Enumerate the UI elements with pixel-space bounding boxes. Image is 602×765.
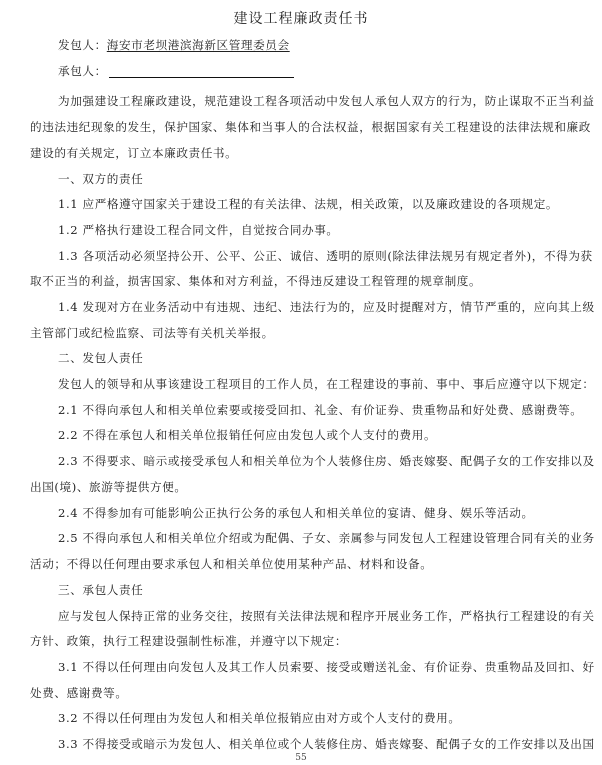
paragraph-line: 为加强建设工程廉政建设，规范建设工程各项活动中发包人承包人双方的行为，防止谋取不…	[58, 93, 577, 109]
paragraph-line: 2.5 不得向承包人和相关单位介绍或为配偶、子女、亲属参与同发包人工程建设管理合…	[58, 530, 577, 546]
paragraph-line: 出国(境)、旅游等提供方便。	[30, 479, 577, 495]
paragraph-line: 方针、政策，执行工程建设强制性标准，并遵守以下规定：	[30, 633, 577, 649]
paragraph-line: 的违法违纪现象的发生，保护国家、集体和当事人的合法权益，根据国家有关工程建设的法…	[30, 119, 577, 135]
contractor-label: 承包人：	[58, 64, 107, 78]
paragraph-line: 发包人的领导和从事该建设工程项目的工作人员，在工程建设的事前、事中、事后应遵守以…	[58, 376, 577, 392]
paragraph-line: 应与发包人保持正常的业务交往，按照有关法律法规和程序开展业务工作，严格执行工程建…	[58, 608, 577, 624]
paragraph-line: 建设的有关规定，订立本廉政责任书。	[30, 145, 577, 161]
contractor-blank-field	[109, 65, 294, 78]
paragraph-line: 主管部门或纪检监察、司法等有关机关举报。	[30, 325, 577, 341]
employer-value: 海安市老坝港滨海新区管理委员会	[107, 38, 290, 52]
paragraph-line: 1.1 应严格遵守国家关于建设工程的有关法律、法规，相关政策，以及廉政建设的各项…	[58, 196, 577, 212]
paragraph-line: 3.1 不得以任何理由向发包人及其工作人员索要、接受或赠送礼金、有价证券、贵重物…	[58, 659, 577, 675]
contractor-row: 承包人：	[58, 63, 577, 79]
employer-row: 发包人：海安市老坝港滨海新区管理委员会	[58, 37, 577, 53]
paragraph-line: 活动；不得以任何理由要求承包人和相关单位使用某种产品、材料和设备。	[30, 556, 577, 572]
paragraph-line: 取不正当的利益，损害国家、集体和对方利益，不得违反建设工程管理的规章制度。	[30, 273, 577, 289]
paragraph-line: 2.1 不得向承包人和相关单位索要或接受回扣、礼金、有价证券、贵重物品和好处费、…	[58, 402, 577, 418]
paragraph-line: 3.3 不得接受或暗示为发包人、相关单位或个人装修住房、婚丧嫁娶、配偶子女的工作…	[58, 736, 577, 752]
document-page: 建设工程廉政责任书 发包人：海安市老坝港滨海新区管理委员会 承包人： 为加强建设…	[0, 0, 602, 765]
paragraph-line: 2.2 不得在承包人和相关单位报销任何应由发包人或个人支付的费用。	[58, 427, 577, 443]
section-heading: 一、双方的责任	[58, 171, 577, 187]
paragraph-line: 1.2 严格执行建设工程合同文件，自觉按合同办事。	[58, 222, 577, 238]
paragraph-line: 1.3 各项活动必须坚持公开、公平、公正、诚信、透明的原则(除法律法规另有规定者…	[58, 248, 577, 264]
employer-label: 发包人：	[58, 38, 107, 52]
paragraph-line: 1.4 发现对方在业务活动中有违规、违纪、违法行为的，应及时提醒对方，情节严重的…	[58, 299, 577, 315]
paragraph-line: 处费、感谢费等。	[30, 685, 577, 701]
document-title: 建设工程廉政责任书	[0, 8, 602, 28]
paragraph-line: 2.4 不得参加有可能影响公正执行公务的承包人和相关单位的宴请、健身、娱乐等活动…	[58, 505, 577, 521]
page-number: 55	[0, 753, 602, 763]
section-heading: 二、发包人责任	[58, 350, 577, 366]
paragraph-line: 3.2 不得以任何理由为发包人和相关单位报销应由对方或个人支付的费用。	[58, 710, 577, 726]
paragraph-line: 2.3 不得要求、暗示或接受承包人和相关单位为个人装修住房、婚丧嫁娶、配偶子女的…	[58, 453, 577, 469]
section-heading: 三、承包人责任	[58, 582, 577, 598]
